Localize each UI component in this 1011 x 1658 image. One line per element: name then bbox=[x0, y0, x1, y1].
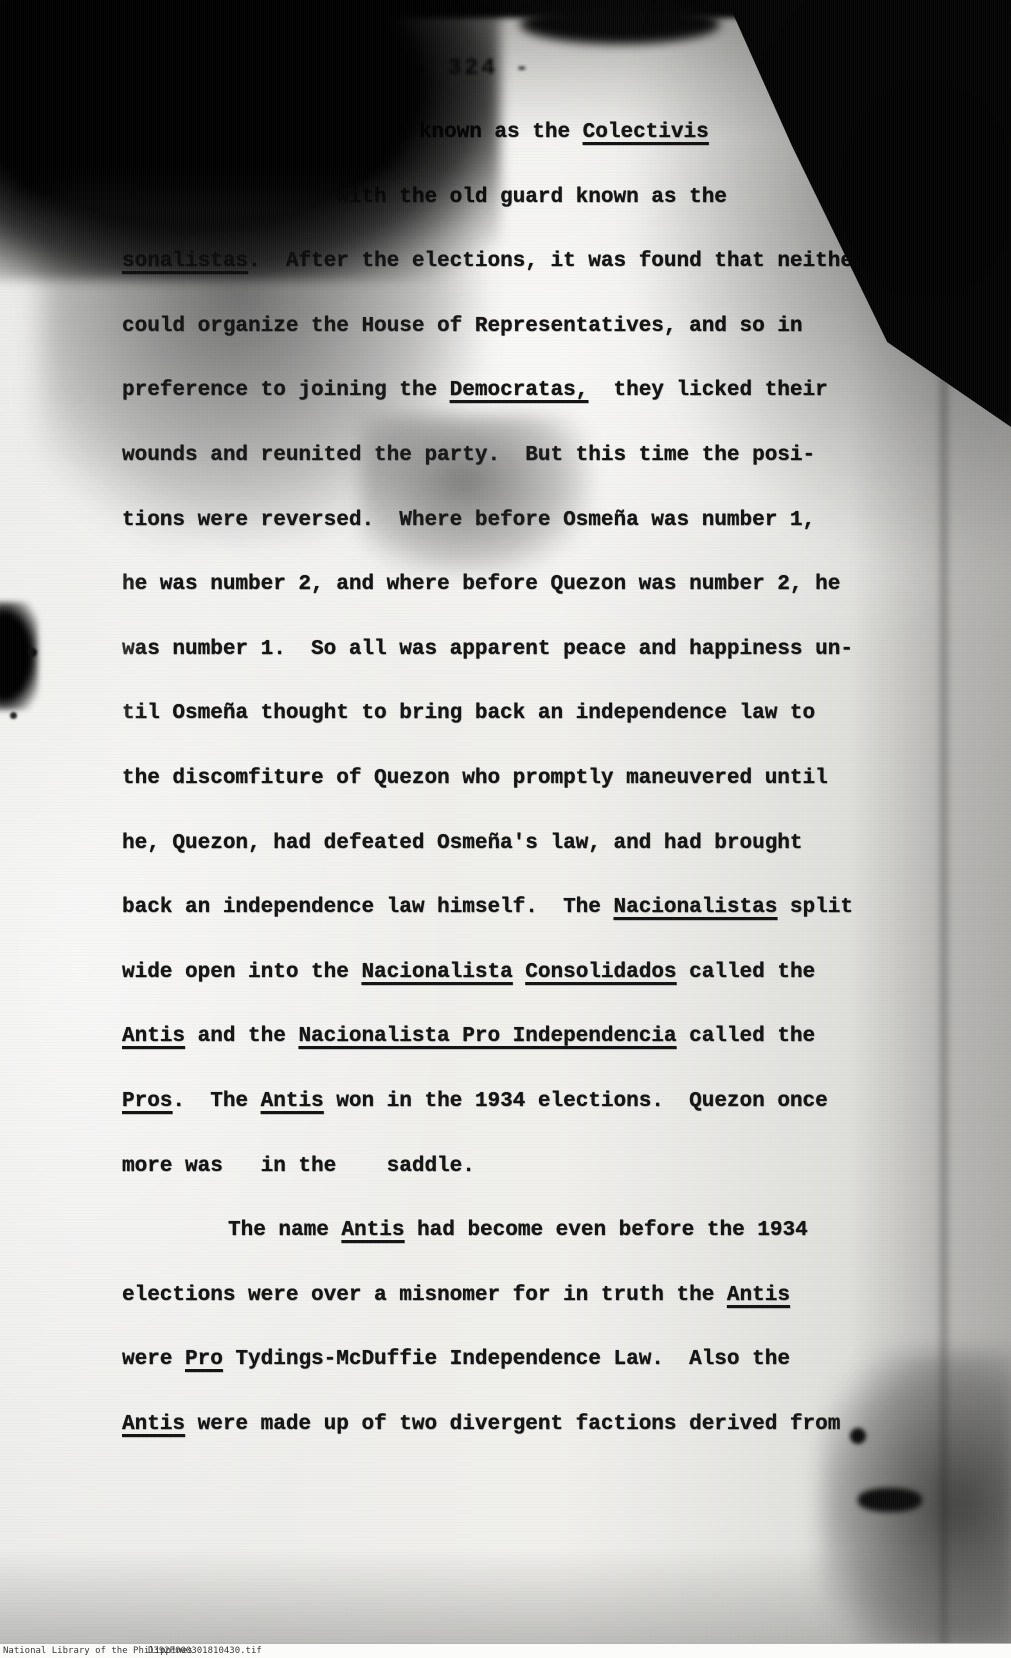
typewritten-line: he, Quezon, had defeated Osmeña's law, a… bbox=[122, 830, 803, 858]
typewritten-line: sonalistas. After the elections, it was … bbox=[122, 248, 866, 276]
typewritten-line: could organize the House of Representati… bbox=[122, 313, 803, 341]
typewritten-line: he was number 2, and where before Quezon… bbox=[122, 571, 840, 599]
typewritten-line: elections were over a misnomer for in tr… bbox=[122, 1282, 790, 1310]
typewritten-line: Osmeña to remain with the old guard know… bbox=[122, 184, 727, 212]
archive-footer: National Library of the Philippines D392… bbox=[0, 1643, 1011, 1658]
typewritten-line: more was in the saddle. bbox=[122, 1153, 475, 1181]
typewritten-line: were Pro Tydings-McDuffie Independence L… bbox=[122, 1346, 790, 1374]
typewritten-line: Antis were made up of two divergent fact… bbox=[122, 1411, 840, 1439]
typewritten-line: wounds and reunited the party. But this … bbox=[122, 442, 815, 470]
typewritten-line: was number 1. So all was apparent peace … bbox=[122, 636, 853, 664]
typewritten-line: back an independence law himself. The Na… bbox=[122, 894, 853, 922]
typewritten-line: the discomfiture of Quezon who promptly … bbox=[122, 765, 828, 793]
typewritten-line: til Osmeña thought to bring back an inde… bbox=[122, 700, 815, 728]
scanned-page: - 324 - his own known as the ColectivisO… bbox=[0, 0, 1011, 1658]
typewritten-line: preference to joining the Democratas, th… bbox=[122, 377, 828, 405]
typewritten-line: wide open into the Nacionalista Consolid… bbox=[122, 959, 815, 987]
typewritten-line: tions were reversed. Where before Osmeña… bbox=[122, 507, 815, 535]
typewritten-line: his own known as the Colectivis bbox=[318, 119, 709, 147]
typewritten-line: Antis and the Nacionalista Pro Independe… bbox=[122, 1023, 815, 1051]
typewritten-line: Pros. The Antis won in the 1934 election… bbox=[122, 1088, 828, 1116]
typewritten-line: The name Antis had become even before th… bbox=[228, 1217, 808, 1245]
archive-filename-label: D392P000301810430.tif bbox=[148, 1645, 262, 1657]
typewritten-text: his own known as the ColectivisOsmeña to… bbox=[0, 0, 1011, 1658]
